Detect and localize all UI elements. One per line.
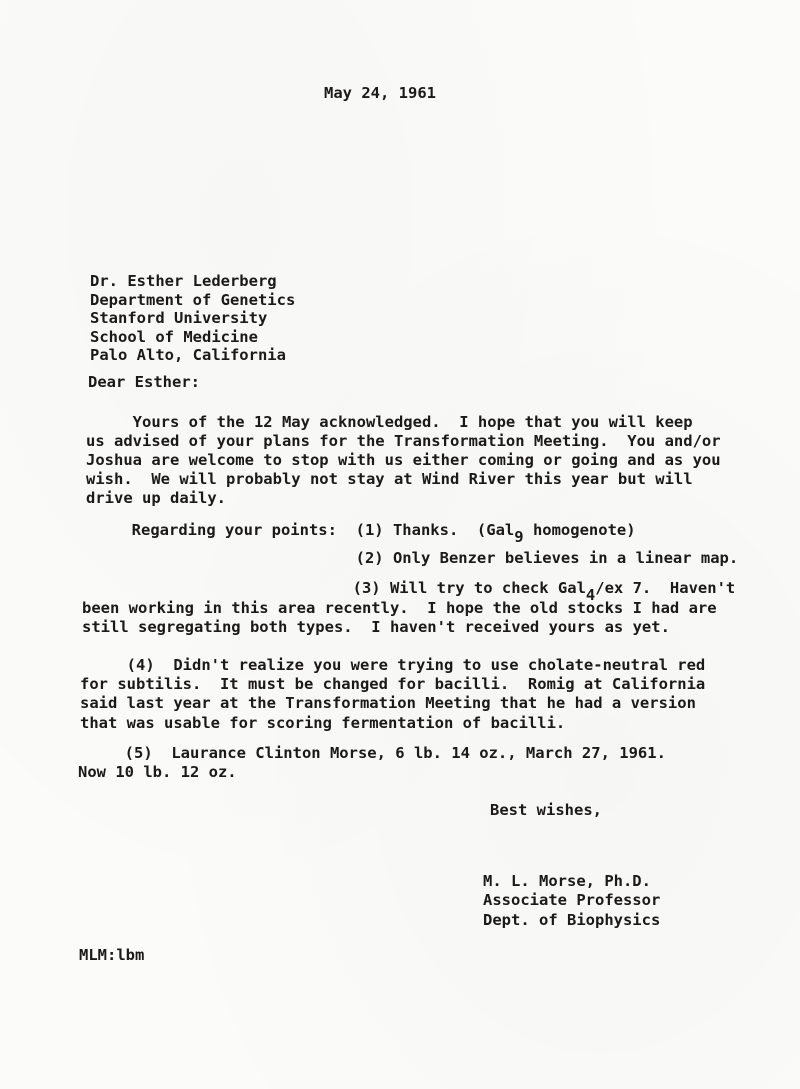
letter-line: Dr. Esther Lederberg bbox=[90, 272, 295, 291]
letter-line: MLM:lbm bbox=[79, 946, 144, 965]
letter-line: been working in this area recently. I ho… bbox=[82, 599, 735, 619]
letter-page: May 24, 1961 Dr. Esther LederbergDepartm… bbox=[0, 0, 800, 1089]
salutation: Dear Esther: bbox=[88, 373, 200, 392]
point-4-paragraph: (4) Didn't realize you were trying to us… bbox=[80, 656, 705, 733]
letter-line: Best wishes, bbox=[490, 801, 602, 820]
letter-line: us advised of your plans for the Transfo… bbox=[86, 432, 721, 451]
letter-line: (5) Laurance Clinton Morse, 6 lb. 14 oz.… bbox=[78, 744, 666, 763]
date-line: May 24, 1961 bbox=[324, 84, 436, 103]
letter-line: May 24, 1961 bbox=[324, 84, 436, 103]
letter-line: Yours of the 12 May acknowledged. I hope… bbox=[86, 413, 721, 432]
letter-line: Regarding your points: (1) Thanks. (Gal9… bbox=[85, 521, 636, 540]
closing: Best wishes, bbox=[490, 801, 602, 820]
letter-line: Associate Professor bbox=[483, 891, 660, 910]
letter-line: drive up daily. bbox=[86, 489, 721, 508]
letter-line: Dept. of Biophysics bbox=[483, 911, 660, 930]
letter-line: Dear Esther: bbox=[88, 373, 200, 392]
paragraph-1: Yours of the 12 May acknowledged. I hope… bbox=[86, 413, 721, 508]
point-5-paragraph: (5) Laurance Clinton Morse, 6 lb. 14 oz.… bbox=[78, 744, 666, 782]
point-2-line: (2) Only Benzer believes in a linear map… bbox=[85, 549, 738, 568]
letter-line: still segregating both types. I haven't … bbox=[82, 618, 735, 638]
letter-line: (3) Will try to check Gal4/ex 7. Haven't bbox=[82, 579, 735, 599]
point-3-paragraph: (3) Will try to check Gal4/ex 7. Haven't… bbox=[82, 579, 735, 638]
typist-reference: MLM:lbm bbox=[79, 946, 144, 965]
letter-line: said last year at the Transformation Mee… bbox=[80, 694, 705, 713]
letter-line: Department of Genetics bbox=[90, 291, 295, 310]
subscript-text: 4 bbox=[586, 586, 595, 604]
letter-line: Joshua are welcome to stop with us eithe… bbox=[86, 451, 721, 470]
letter-line: (2) Only Benzer believes in a linear map… bbox=[85, 549, 738, 568]
signature-block: M. L. Morse, Ph.D.Associate ProfessorDep… bbox=[483, 872, 660, 930]
letter-line: Stanford University bbox=[90, 309, 295, 328]
letter-line: that was usable for scoring fermentation… bbox=[80, 714, 705, 733]
subscript-text: 9 bbox=[514, 528, 523, 546]
letter-line: M. L. Morse, Ph.D. bbox=[483, 872, 660, 891]
letter-line: for subtilis. It must be changed for bac… bbox=[80, 675, 705, 694]
letter-line: wish. We will probably not stay at Wind … bbox=[86, 470, 721, 489]
letter-line: School of Medicine bbox=[90, 328, 295, 347]
points-intro-line: Regarding your points: (1) Thanks. (Gal9… bbox=[85, 521, 636, 540]
letter-line: Now 10 lb. 12 oz. bbox=[78, 763, 666, 782]
recipient-address: Dr. Esther LederbergDepartment of Geneti… bbox=[90, 272, 295, 365]
letter-line: (4) Didn't realize you were trying to us… bbox=[80, 656, 705, 675]
letter-line: Palo Alto, California bbox=[90, 346, 295, 365]
